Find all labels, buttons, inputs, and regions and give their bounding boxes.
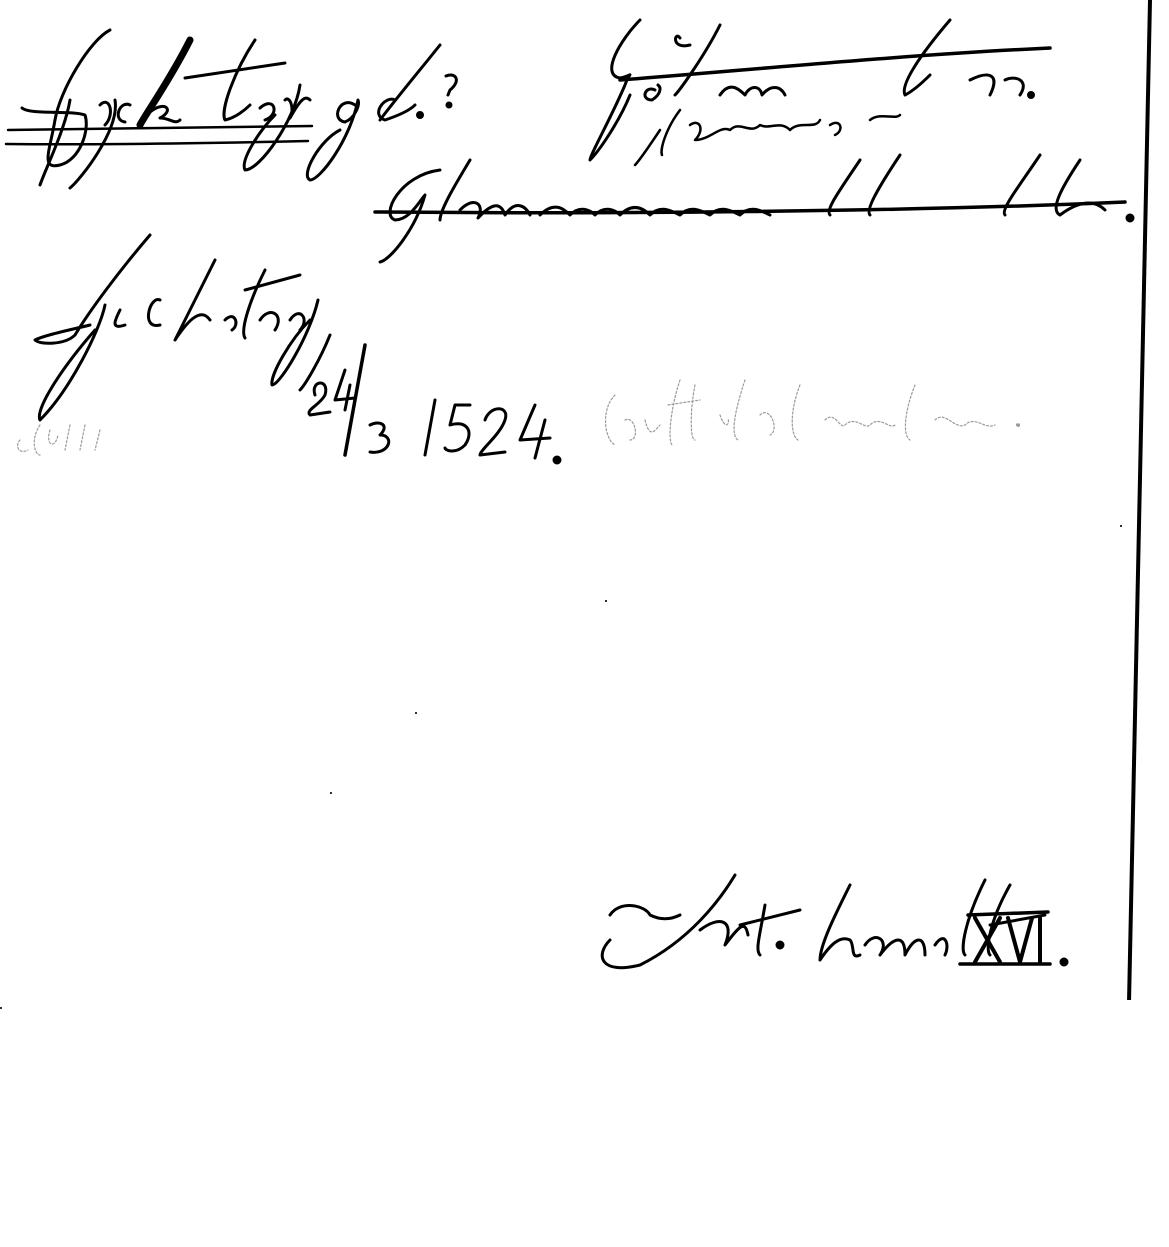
scan-speck	[605, 600, 607, 602]
source-title: Hist. handl.	[600, 900, 931, 965]
scan-speck	[0, 1007, 2, 1009]
scan-speck	[330, 792, 332, 794]
index-card: Lycketorp gd.? Götlunda sn. Asterrunda s…	[0, 0, 1169, 1247]
source-volume: XVI.	[948, 900, 1068, 965]
card-edge-rule	[1127, 0, 1152, 1000]
scan-speck	[1120, 525, 1122, 527]
scan-speck	[415, 712, 417, 714]
